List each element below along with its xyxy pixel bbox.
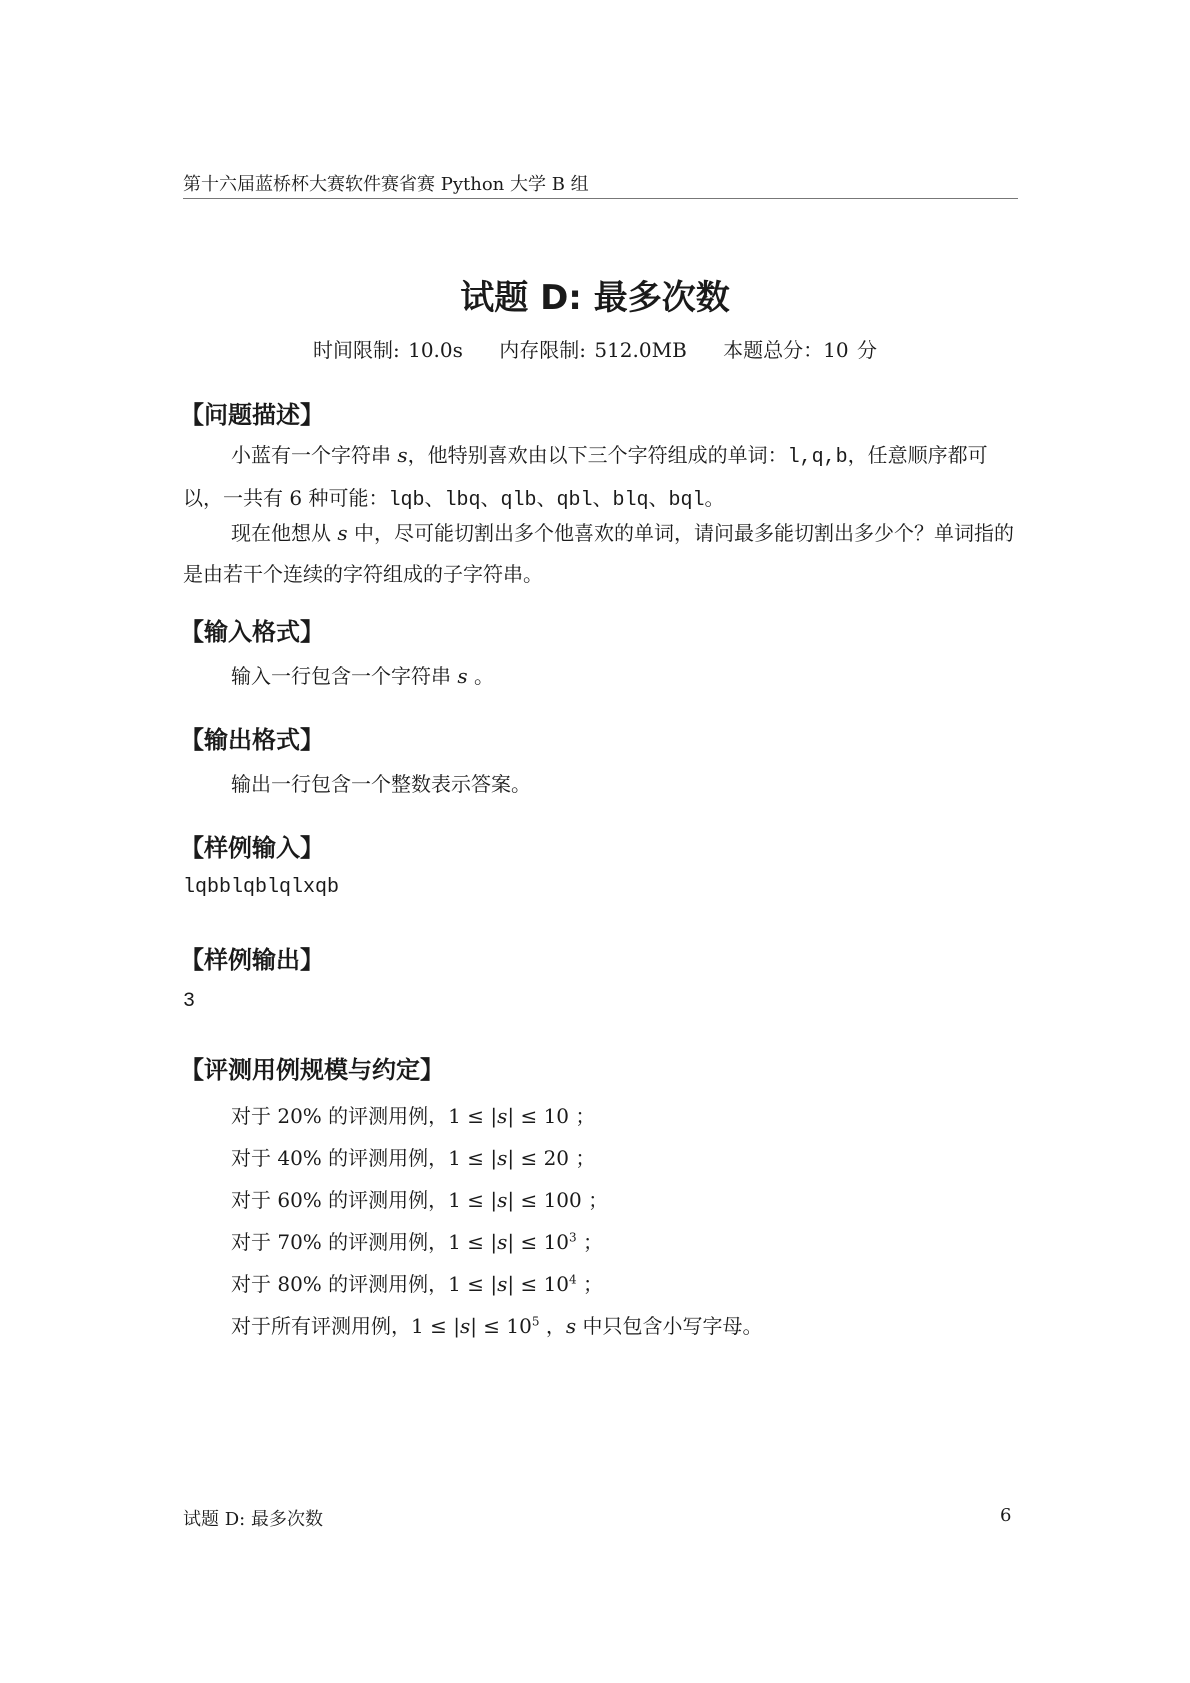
constraint-item: 对于 60% 的评测用例，1 ≤ |s| ≤ 100 ； xyxy=(231,1184,608,1213)
constraint-item: 对于 20% 的评测用例，1 ≤ |s| ≤ 10 ； xyxy=(231,1100,595,1129)
time-limit: 时间限制: 10.0s xyxy=(313,338,463,362)
output-format-text: 输出一行包含一个整数表示答案。 xyxy=(231,768,531,797)
variable-s: s xyxy=(397,443,407,467)
constraint-item: 对于 40% 的评测用例，1 ≤ |s| ≤ 20 ； xyxy=(231,1142,595,1171)
word-permutations: lqb、lbq、qlb、qbl、blq、bql xyxy=(388,489,704,512)
sample-output-value: 3 xyxy=(183,990,195,1013)
header-rule xyxy=(183,198,1018,199)
constraint-item: 对于所有评测用例，1 ≤ |s| ≤ 105 ，s 中只包含小写字母。 xyxy=(231,1310,763,1339)
section-heading-sample-input: 【样例输入】 xyxy=(180,828,324,863)
section-heading-input-format: 【输入格式】 xyxy=(180,612,324,647)
running-header: 第十六届蓝桥杯大赛软件赛省赛 Python 大学 B 组 xyxy=(183,170,589,196)
section-heading-description: 【问题描述】 xyxy=(180,395,324,430)
description-paragraph-1: 小蓝有一个字符串 s，他特别喜欢由以下三个字符组成的单词：l,q,b，任意顺序都… xyxy=(183,435,1018,521)
section-heading-output-format: 【输出格式】 xyxy=(180,720,324,755)
sample-input-value: lqbblqblqlxqb xyxy=(183,876,339,899)
page-number: 6 xyxy=(1000,1505,1011,1526)
total-score: 本题总分：10 分 xyxy=(723,338,877,362)
memory-limit: 内存限制: 512.0MB xyxy=(499,338,687,362)
allowed-chars: l,q,b xyxy=(788,446,848,469)
section-heading-constraints: 【评测用例规模与约定】 xyxy=(180,1050,444,1085)
constraint-item: 对于 70% 的评测用例，1 ≤ |s| ≤ 103 ； xyxy=(231,1226,603,1255)
variable-s: s xyxy=(337,521,347,545)
document-page: 第十六届蓝桥杯大赛软件赛省赛 Python 大学 B 组 试题 D: 最多次数 … xyxy=(0,0,1190,1683)
input-format-text: 输入一行包含一个字符串 s 。 xyxy=(231,660,494,689)
constraint-item: 对于 80% 的评测用例，1 ≤ |s| ≤ 104 ； xyxy=(231,1268,603,1297)
problem-title: 试题 D: 最多次数 xyxy=(0,270,1190,319)
description-paragraph-2: 现在他想从 s 中，尽可能切割出多个他喜欢的单词，请问最多能切割出多少个？单词指… xyxy=(183,513,1018,595)
footer-title: 试题 D: 最多次数 xyxy=(183,1505,323,1531)
problem-limits: 时间限制: 10.0s 内存限制: 512.0MB 本题总分：10 分 xyxy=(0,334,1190,363)
section-heading-sample-output: 【样例输出】 xyxy=(180,940,324,975)
